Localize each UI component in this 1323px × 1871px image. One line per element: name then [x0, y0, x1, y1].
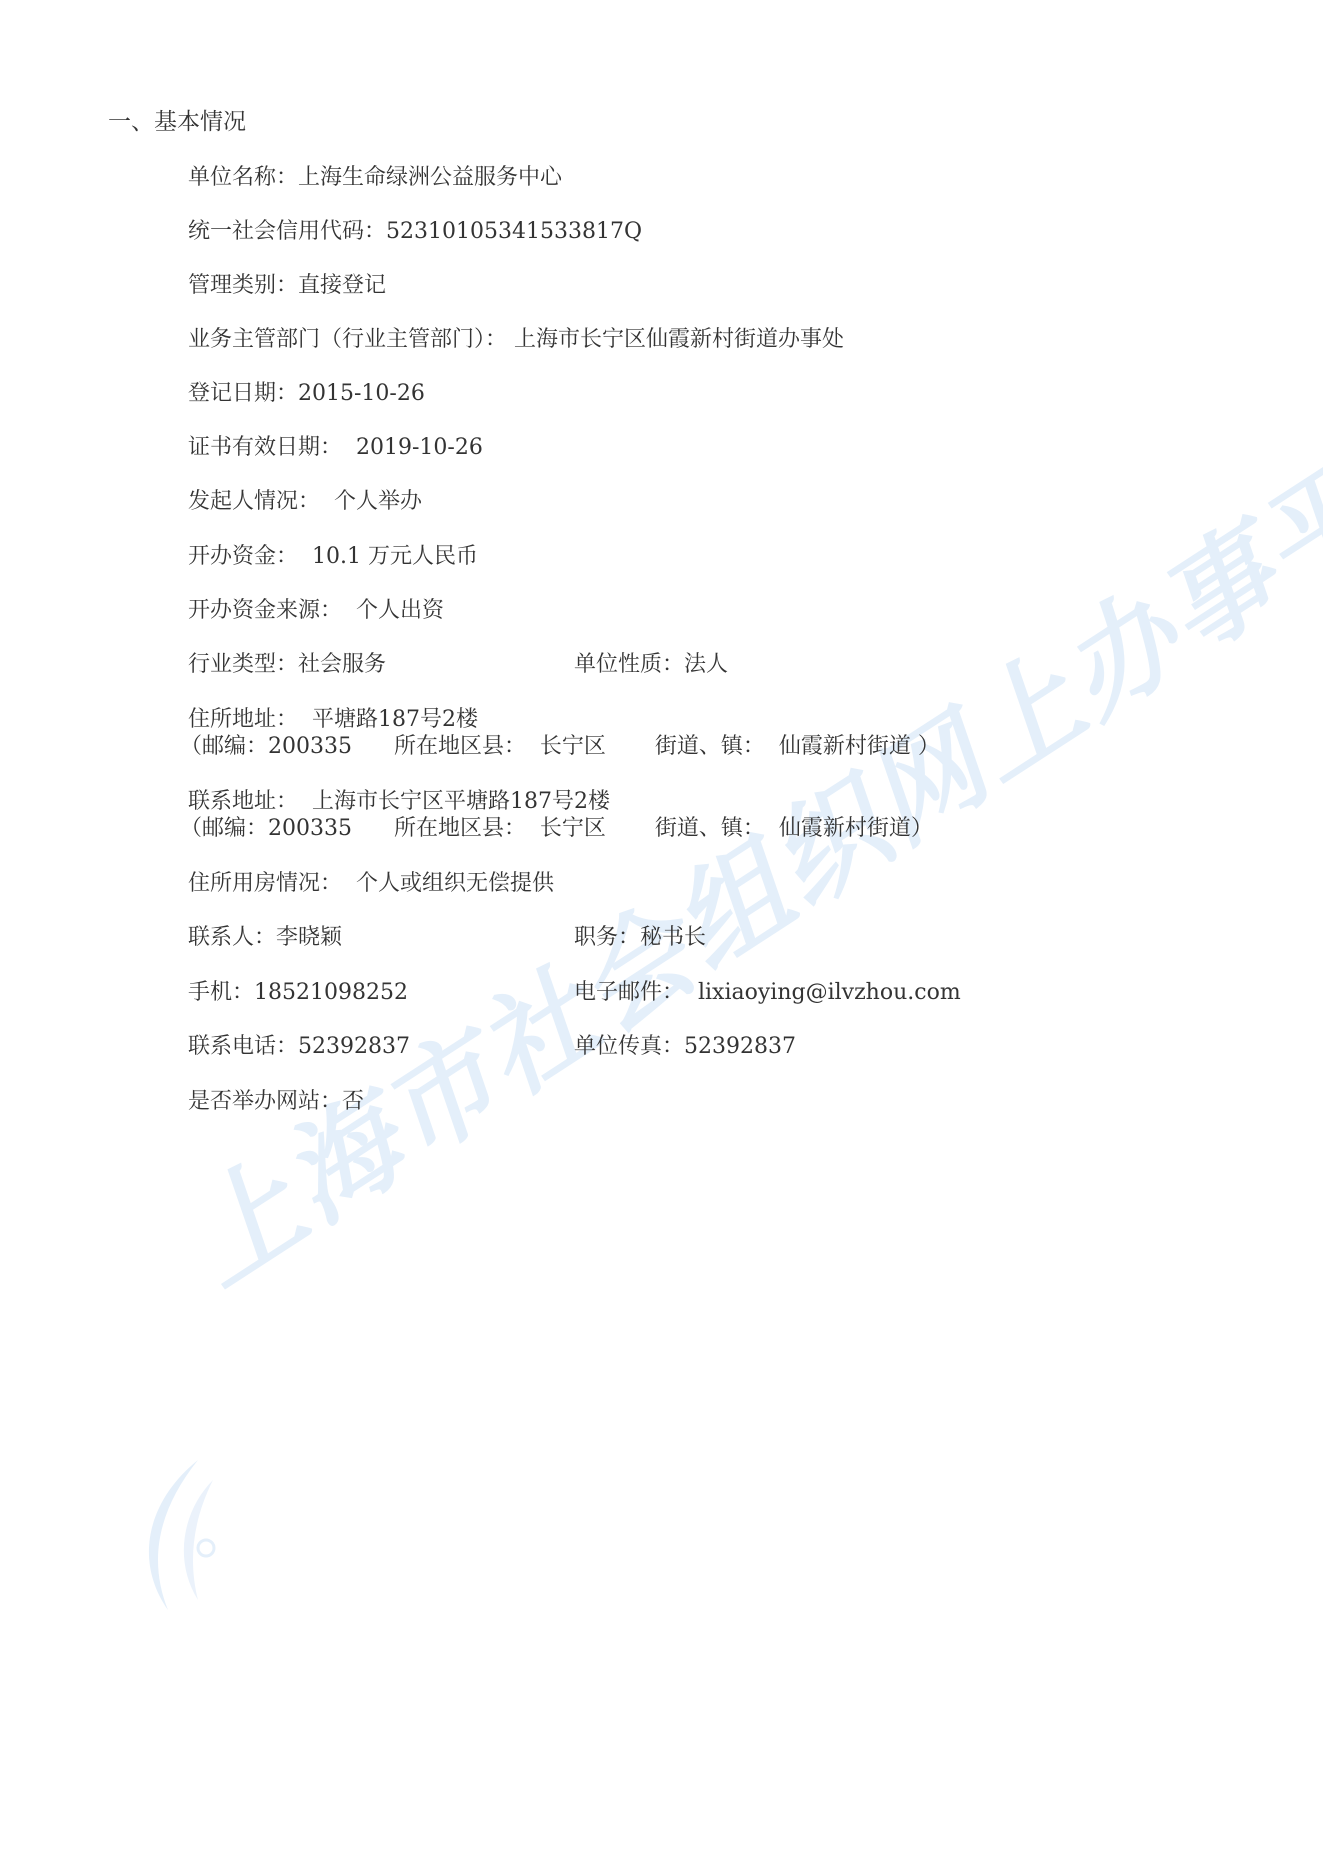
- position: 职务：秘书长: [574, 924, 706, 952]
- registration-date: 登记日期：2015-10-26: [188, 380, 425, 408]
- credit-code: 统一社会信用代码：52310105341533817Q: [188, 218, 642, 246]
- capital-source: 开办资金来源： 个人出资: [188, 597, 444, 625]
- founder-info: 发起人情况： 个人举办: [188, 488, 422, 516]
- contact-address-detail: （邮编：200335 所在地区县： 长宁区 街道、镇： 仙霞新村街道）: [180, 815, 933, 843]
- premises-info: 住所用房情况： 个人或组织无偿提供: [188, 870, 554, 898]
- org-nature: 单位性质：法人: [574, 651, 728, 679]
- residence-address-detail: （邮编：200335 所在地区县： 长宁区 街道、镇： 仙霞新村街道 ）: [180, 733, 940, 761]
- email: 电子邮件： lixiaoying@ilvzhou.com: [574, 979, 961, 1007]
- industry-type: 行业类型：社会服务: [188, 651, 386, 679]
- residence-address: 住所地址： 平塘路187号2楼: [188, 706, 478, 734]
- website-flag: 是否举办网站：否: [188, 1088, 364, 1116]
- watermark-logo-icon: [128, 1450, 248, 1620]
- phone: 联系电话：52392837: [188, 1033, 410, 1061]
- org-name: 单位名称：上海生命绿洲公益服务中心: [188, 164, 562, 192]
- certificate-valid-date: 证书有效日期： 2019-10-26: [188, 434, 483, 462]
- section-heading: 一、基本情况: [108, 108, 246, 136]
- mobile: 手机：18521098252: [188, 979, 408, 1007]
- management-type: 管理类别：直接登记: [188, 272, 386, 300]
- contact-person: 联系人：李晓颖: [188, 924, 342, 952]
- fax: 单位传真：52392837: [574, 1033, 796, 1061]
- start-capital: 开办资金： 10.1 万元人民币: [188, 543, 478, 571]
- contact-address: 联系地址： 上海市长宁区平塘路187号2楼: [188, 788, 610, 816]
- supervising-department: 业务主管部门（行业主管部门）： 上海市长宁区仙霞新村街道办事处: [188, 326, 844, 354]
